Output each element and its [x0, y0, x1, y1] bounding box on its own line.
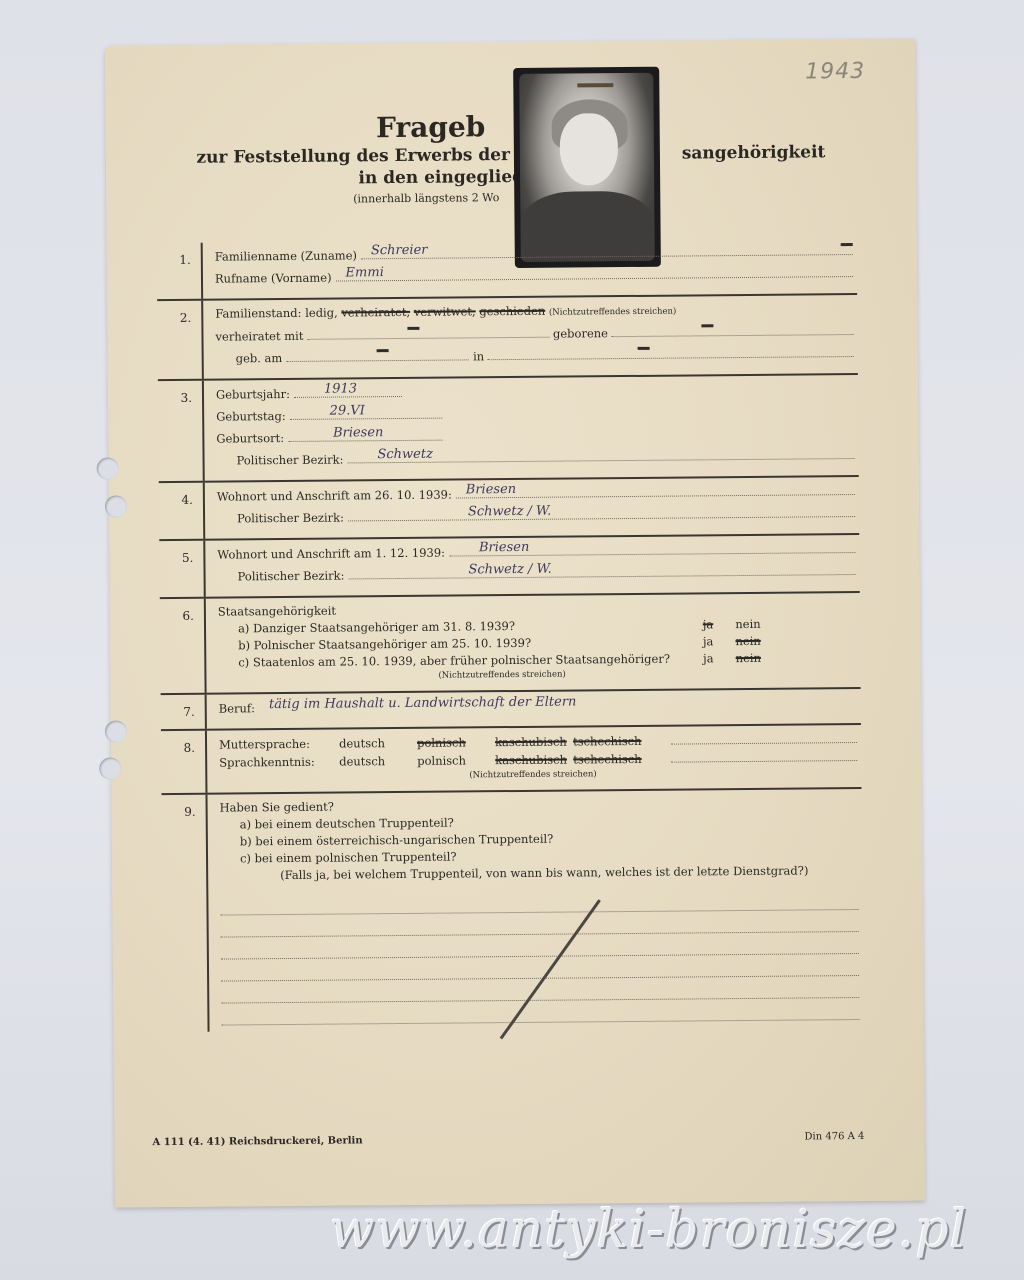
- spouse-birthdate-label: geb. am: [236, 351, 283, 365]
- birth-place-value: Briesen: [333, 425, 383, 440]
- mother-tongue-polish[interactable]: polnisch: [417, 735, 495, 750]
- firstname-value: Emmi: [345, 265, 383, 280]
- punch-hole: [97, 457, 119, 479]
- section-8: 8. Muttersprache: deutsch polnisch kasch…: [161, 723, 862, 793]
- status-option-married[interactable]: verheiratet,: [341, 305, 410, 320]
- spouse-birthplace-field[interactable]: [488, 345, 854, 360]
- address-1939-dec-field[interactable]: Briesen: [449, 541, 855, 557]
- district-1939-dec-label: Politischer Bezirk:: [238, 568, 345, 583]
- answer-b-no[interactable]: nein: [728, 634, 768, 648]
- spouse-birthplace-label: in: [473, 349, 484, 363]
- occupation-label: Beruf:: [219, 701, 255, 715]
- redaction-mark: [638, 347, 650, 350]
- redaction-mark: [702, 324, 714, 327]
- language-skill-german[interactable]: deutsch: [339, 754, 417, 769]
- occupation-value: tätig im Haushalt u. Landwirtschaft der …: [269, 694, 577, 712]
- district-1939-oct-label: Politischer Bezirk:: [237, 510, 344, 525]
- redaction-mark: [376, 349, 388, 352]
- answer-a-no[interactable]: nein: [728, 617, 768, 631]
- birth-district-field[interactable]: Schwetz: [347, 447, 854, 463]
- married-to-field[interactable]: [307, 326, 549, 340]
- section-4: 4. Wohnort und Anschrift am 26. 10. 1939…: [159, 475, 859, 539]
- district-1939-oct-value: Schwetz / W.: [468, 504, 551, 520]
- spouse-birthdate-field[interactable]: [286, 348, 469, 362]
- firstname-label: Rufname (Vorname): [215, 271, 332, 286]
- address-1939-oct-label: Wohnort und Anschrift am 26. 10. 1939:: [217, 488, 452, 504]
- staple-mark: [577, 83, 613, 87]
- questionnaire-sheet: 1943 Frageb zur Feststellung des Erwerbs…: [105, 38, 925, 1207]
- status-note: (Nichtzutreffendes streichen): [549, 307, 676, 318]
- subtitle-left: zur Feststellung des Erwerbs der: [196, 145, 510, 168]
- citizenship-question-a: a) Danziger Staatsangehöriger am 31. 8. …: [238, 617, 688, 635]
- section-number: 9.: [161, 795, 207, 1032]
- section-2: 2. Familienstand: ledig, verheiratet, ve…: [157, 293, 858, 379]
- address-1939-dec-label: Wohnort und Anschrift am 1. 12. 1939:: [217, 546, 445, 562]
- punch-hole: [105, 720, 127, 742]
- birth-day-field[interactable]: 29.VI: [290, 407, 443, 420]
- section-9: 9. Haben Sie gedient? a) bei einem deuts…: [161, 787, 863, 1032]
- surname-value: Schreier: [371, 243, 428, 258]
- answer-c-no[interactable]: nein: [728, 651, 768, 665]
- mother-tongue-label: Muttersprache:: [219, 737, 339, 752]
- form-subnote: (innerhalb längstens 2 Wo: [0, 187, 916, 209]
- occupation-field[interactable]: tätig im Haushalt u. Landwirtschaft der …: [259, 695, 857, 712]
- punch-hole: [105, 495, 127, 517]
- section-number: 2.: [157, 301, 202, 379]
- paper-format: Din 476 A 4: [804, 1131, 864, 1143]
- citizenship-question-c: c) Staatenlos am 25. 10. 1939, aber früh…: [238, 651, 688, 669]
- section-number: 5.: [159, 541, 203, 597]
- address-1939-oct-field[interactable]: Briesen: [456, 483, 855, 498]
- section-number: 8.: [161, 731, 206, 793]
- section-3: 3. Geburtsjahr: 1913 Geburtstag: 29.VI G…: [158, 373, 859, 481]
- birth-district-label: Politischer Bezirk:: [237, 452, 344, 467]
- birth-place-label: Geburtsort:: [216, 431, 284, 446]
- military-answer-lines[interactable]: [220, 888, 863, 1026]
- answer-b-yes[interactable]: ja: [688, 634, 728, 648]
- status-option-divorced[interactable]: geschieden: [479, 304, 545, 319]
- language-skill-kashubian[interactable]: kaschubisch: [495, 752, 573, 767]
- section-1: 1. Familienname (Zuname) Schreier Rufnam…: [157, 237, 857, 299]
- section-7: 7. Beruf: tätig im Haushalt u. Landwirts…: [161, 687, 861, 729]
- born-name-field[interactable]: [612, 323, 854, 337]
- section-number: 3.: [158, 381, 203, 481]
- mother-tongue-kashubian[interactable]: kaschubisch: [495, 734, 573, 749]
- born-name-label: geborene: [553, 326, 608, 340]
- status-label: Familienstand:: [215, 306, 301, 321]
- birth-year-label: Geburtsjahr:: [216, 387, 290, 402]
- section-number: 4.: [159, 483, 203, 539]
- portrait-photo: [513, 67, 661, 268]
- language-skills-label: Sprachkenntnis:: [219, 755, 339, 770]
- birth-year-field[interactable]: 1913: [294, 385, 402, 398]
- section-number: 7.: [161, 695, 205, 729]
- surname-label: Familienname (Zuname): [215, 248, 357, 263]
- citizenship-heading: Staatsangehörigkeit: [218, 604, 336, 619]
- section-5: 5. Wohnort und Anschrift am 1. 12. 1939:…: [159, 533, 859, 597]
- answer-c-yes[interactable]: ja: [688, 651, 728, 665]
- status-option-single[interactable]: ledig,: [305, 306, 338, 320]
- mother-tongue-other-field[interactable]: [671, 731, 857, 745]
- address-1939-oct-value: Briesen: [466, 482, 516, 497]
- form-code: A 111 (4. 41) Reichsdruckerei, Berlin: [152, 1135, 362, 1148]
- language-skill-czech[interactable]: tschechisch: [573, 752, 651, 767]
- address-1939-dec-value: Briesen: [479, 540, 529, 555]
- language-skills-other-field[interactable]: [671, 749, 857, 763]
- form-body: 1. Familienname (Zuname) Schreier Rufnam…: [157, 237, 864, 1032]
- birth-district-value: Schwetz: [377, 447, 433, 462]
- birth-place-field[interactable]: Briesen: [288, 429, 442, 442]
- birth-day-label: Geburtstag:: [216, 409, 286, 424]
- punch-hole: [99, 757, 121, 779]
- handwritten-year: 1943: [805, 59, 865, 85]
- section-number: 1.: [157, 243, 201, 299]
- surname-field[interactable]: Schreier: [361, 243, 853, 259]
- redaction-mark: [841, 243, 853, 246]
- status-option-widowed[interactable]: verwitwet,: [414, 304, 476, 319]
- answer-a-yes[interactable]: ja: [688, 617, 728, 631]
- district-1939-dec-value: Schwetz / W.: [468, 562, 551, 578]
- title-block: Frageb zur Feststellung des Erwerbs der …: [106, 106, 917, 207]
- redaction-mark: [407, 327, 419, 330]
- birth-day-value: 29.VI: [330, 403, 365, 418]
- section-number: 6.: [160, 599, 205, 693]
- mother-tongue-german[interactable]: deutsch: [339, 736, 417, 751]
- site-watermark: www.antyki-bronisze.pl: [330, 1200, 967, 1260]
- section-6: 6. Staatsangehörigkeit a) Danziger Staat…: [160, 591, 861, 693]
- birth-year-value: 1913: [324, 381, 357, 396]
- language-skill-polish[interactable]: polnisch: [417, 753, 495, 768]
- married-to-label: verheiratet mit: [215, 329, 303, 344]
- citizenship-question-b: b) Polnischer Staatsangehöriger am 25. 1…: [238, 634, 688, 652]
- mother-tongue-czech[interactable]: tschechisch: [573, 734, 651, 749]
- subtitle-right: sangehörigkeit: [682, 142, 826, 163]
